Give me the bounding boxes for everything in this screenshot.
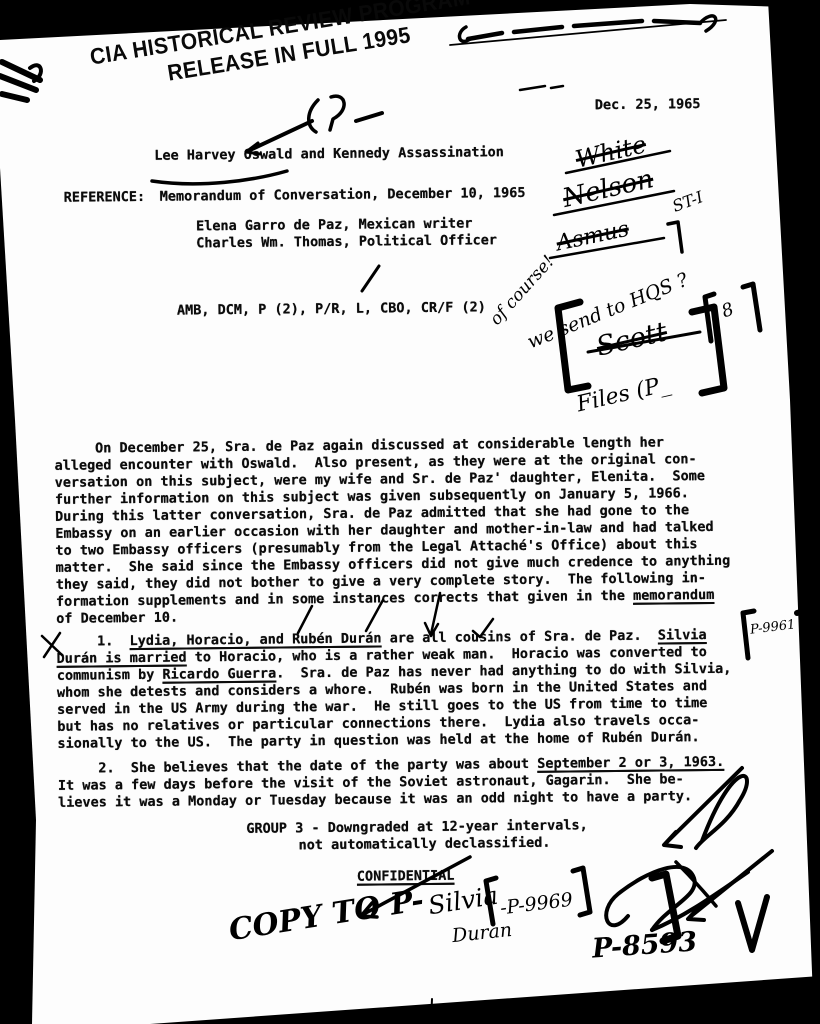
group-declassification-line2: not automatically declassified. xyxy=(298,835,550,855)
document-content: CIA HISTORICAL REVIEW PROGRAM RELEASE IN… xyxy=(0,0,820,1024)
paragraph-item-2: 2. She believes that the date of the par… xyxy=(58,753,803,812)
paragraph-item-1: 1. Lydia, Horacio, and Rubén Durán are a… xyxy=(56,626,802,753)
classification-marking: CONFIDENTIAL xyxy=(357,868,455,886)
participant-2: Charles Wm. Thomas, Political Officer xyxy=(196,232,497,252)
document-date: Dec. 25, 1965 xyxy=(595,96,701,114)
reference-text: Memorandum of Conversation, December 10,… xyxy=(160,185,526,206)
reference-label: REFERENCE: xyxy=(64,189,145,207)
paragraph-1: On December 25, Sra. de Paz again discus… xyxy=(54,433,801,628)
subject-line: Lee Harvey Oswald and Kennedy Assassinat… xyxy=(154,144,504,165)
release-stamp: CIA HISTORICAL REVIEW PROGRAM RELEASE IN… xyxy=(88,0,477,100)
document-page: CIA HISTORICAL REVIEW PROGRAM RELEASE IN… xyxy=(0,0,820,1024)
distribution-line: AMB, DCM, P (2), P/R, L, CBO, CR/F (2) xyxy=(177,299,486,319)
